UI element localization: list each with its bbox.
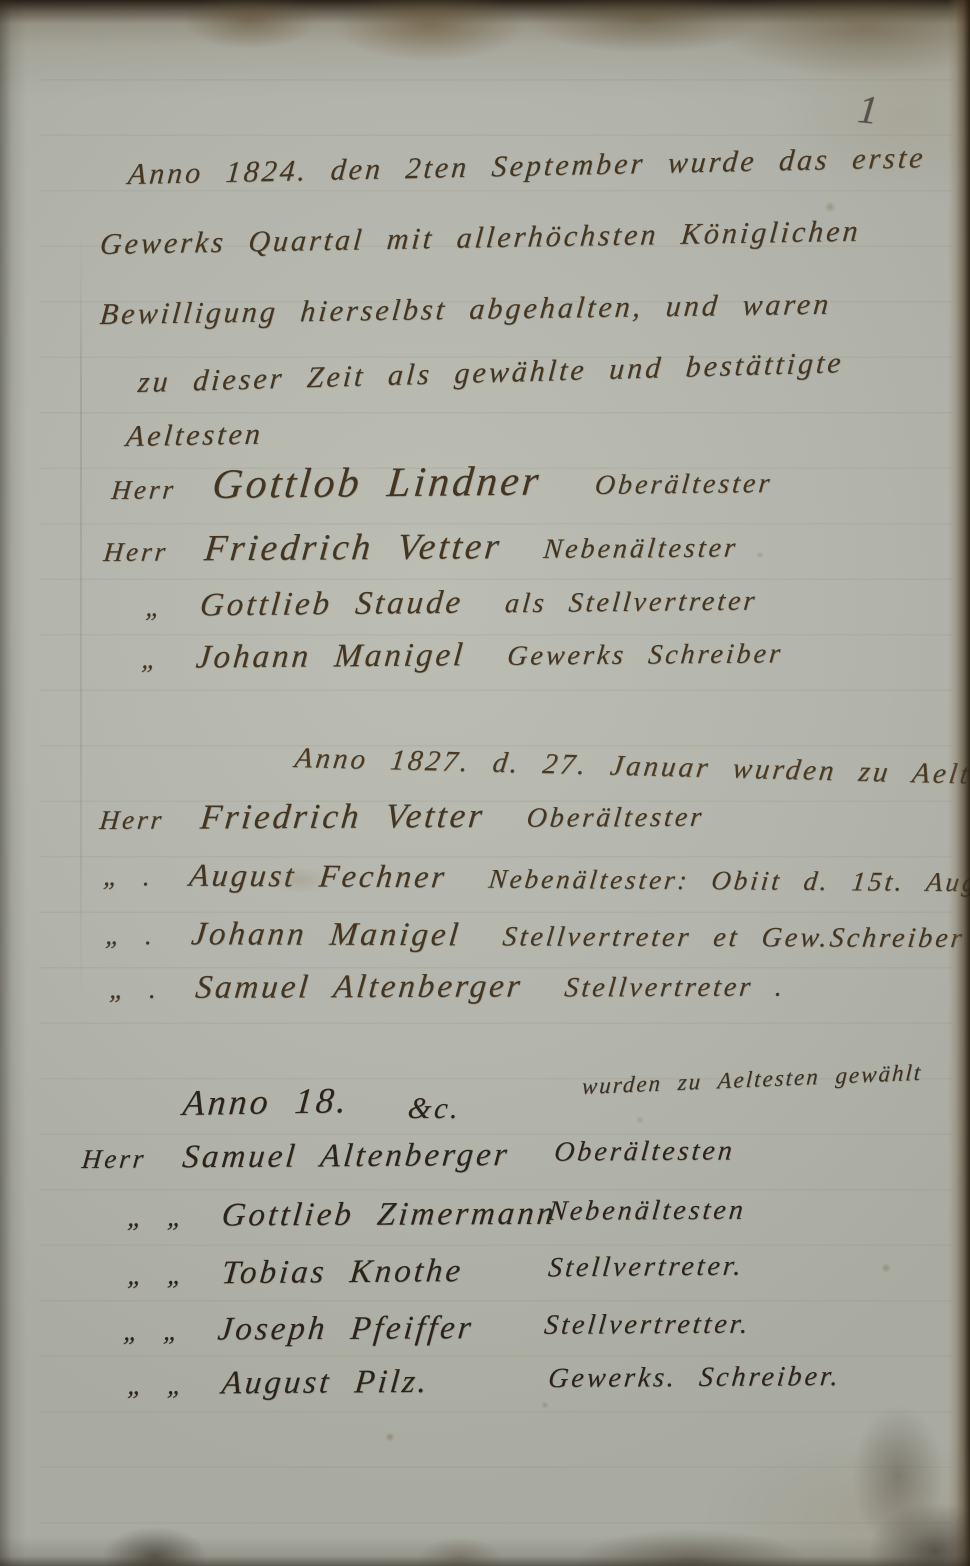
- member-row: „ „ Joseph Pfeiffer Stellvertretter.: [122, 1310, 517, 1349]
- member-role: Stellvertreter .: [563, 972, 787, 1005]
- member-role: Gewerks Schreiber: [506, 638, 785, 672]
- member-name: August Pilz.: [220, 1364, 431, 1402]
- member-prefix: „ „: [126, 1370, 187, 1401]
- manuscript-line: Gewerks Quartal mit allerhöchsten Königl…: [99, 215, 863, 262]
- member-prefix: „ .: [108, 974, 161, 1005]
- member-row: „ Gottlieb Staude als Stellvertreter: [144, 582, 759, 625]
- member-prefix: Herr: [110, 474, 177, 506]
- member-prefix: Herr: [80, 1144, 148, 1175]
- member-prefix: „ „: [122, 1316, 183, 1347]
- member-name: Joseph Pfeiffer: [216, 1310, 476, 1348]
- member-role: Stellvertretter.: [543, 1309, 753, 1342]
- member-prefix: „ .: [104, 920, 157, 951]
- member-prefix: „: [144, 592, 165, 623]
- member-name: Johann Manigel: [190, 916, 463, 954]
- section-heading-etc: &c.: [406, 1092, 463, 1126]
- member-prefix: „ „: [126, 1202, 187, 1233]
- member-role: Oberältester: [593, 468, 774, 502]
- member-row: „ . August Fechner Nebenältester: Obiit …: [102, 856, 970, 900]
- section-heading: Anno 1827. d. 27. Januar wurden zu Aelte…: [293, 742, 970, 797]
- page-number: 1: [856, 85, 881, 134]
- member-name: Gottlieb Zimermann: [220, 1196, 558, 1235]
- member-role: Gewerks. Schreiber.: [547, 1361, 843, 1395]
- member-role: Oberältester: [525, 802, 706, 835]
- member-name: Friedrich Vetter: [199, 796, 488, 838]
- member-prefix: Herr: [98, 805, 166, 836]
- manuscript-line: Anno 1824. den 2ten September wurde das …: [127, 141, 927, 192]
- manuscript-line: Bewilligung hierselbst abgehalten, und w…: [98, 288, 832, 332]
- member-name: Gottlieb Staude: [198, 585, 465, 625]
- member-row: „ „ August Pilz. Gewerks. Schreiber.: [126, 1364, 473, 1403]
- section-heading-year: Anno 18.: [181, 1079, 351, 1124]
- member-prefix: „ „: [126, 1259, 187, 1291]
- member-name: Samuel Altenberger: [181, 1137, 512, 1176]
- member-row: Herr Friedrich Vetter Nebenältester: [102, 524, 741, 571]
- member-name: Tobias Knothe: [220, 1253, 465, 1292]
- member-prefix: Herr: [102, 537, 170, 568]
- manuscript-page: 1 Anno 1824. den 2ten September wurde da…: [0, 0, 970, 1566]
- member-role: als Stellvertreter: [504, 586, 759, 621]
- member-role: Nebenältester: [542, 533, 740, 566]
- member-name: August Fechner: [187, 857, 449, 896]
- member-name: Friedrich Vetter: [202, 525, 504, 570]
- member-name: Gottlob Lindner: [210, 457, 543, 508]
- section-heading-note: wurden zu Aeltesten gewählt: [581, 1060, 923, 1100]
- member-row: Herr Gottlob Lindner Oberältester: [110, 455, 775, 510]
- member-row: „ „ Tobias Knothe Stellvertreter.: [126, 1253, 507, 1293]
- member-row: Herr Friedrich Vetter Oberältester: [98, 795, 707, 838]
- manuscript-line: zu dieser Zeit als gewählte und bestätti…: [137, 346, 845, 400]
- member-row: „ . Samuel Altenberger Stellvertreter .: [108, 968, 787, 1007]
- member-role: Nebenältesten: [547, 1195, 748, 1228]
- member-prefix: „: [140, 644, 161, 675]
- member-role: Oberältesten: [553, 1135, 737, 1168]
- member-prefix: „ .: [102, 861, 155, 892]
- member-name: Johann Manigel: [194, 637, 467, 676]
- member-row: „ Johann Manigel Gewerks Schreiber: [140, 634, 785, 677]
- member-role: Nebenältester: Obiit d. 15t. August 1828: [487, 864, 970, 899]
- member-row: Herr Samuel Altenberger Oberältesten: [80, 1137, 553, 1177]
- member-row: „ . Johann Manigel Stellvertreter et Gew…: [104, 916, 967, 956]
- paper-crease: [80, 230, 82, 1010]
- member-role: Stellvertreter.: [547, 1251, 746, 1285]
- binding-shadow-left: [0, 0, 26, 1566]
- member-name: Samuel Altenberger: [194, 969, 525, 1007]
- manuscript-line: Aeltesten: [125, 418, 265, 454]
- member-role: Stellvertreter et Gew.­Schreiber: [501, 921, 966, 955]
- member-row: „ „ Gottlieb Zimermann Nebenältesten: [126, 1196, 600, 1235]
